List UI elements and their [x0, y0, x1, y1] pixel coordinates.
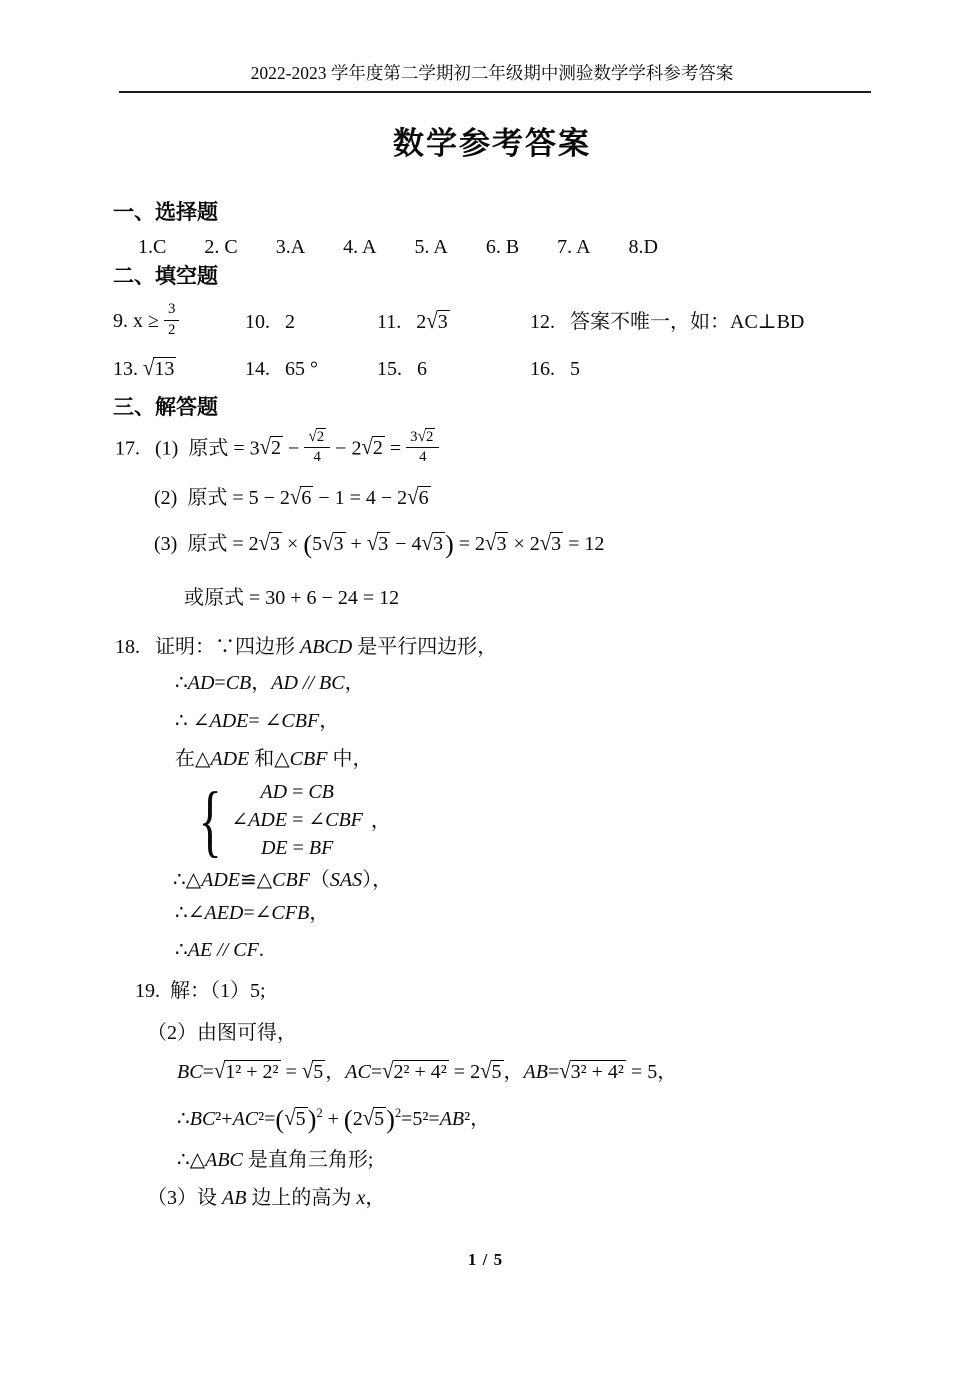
italic-variable: AB: [222, 1187, 246, 1209]
italic-variable: SAS: [330, 869, 362, 891]
superscript: 2: [316, 1106, 322, 1120]
sqrt-radical: √6: [407, 483, 430, 513]
italic-variable: AC: [345, 1061, 371, 1083]
italic-variable: CB: [308, 781, 334, 803]
fraction: √24: [304, 428, 330, 468]
choice-answer: 1.C: [138, 234, 166, 260]
page-title: 数学参考答案: [113, 125, 871, 163]
solution-line: ∴△ADE≌△CBF（SAS），: [113, 865, 871, 895]
big-paren: ): [386, 1104, 395, 1134]
solution-line: ∴△ABC 是直角三角形;: [113, 1145, 871, 1175]
italic-variable: CBF: [290, 748, 328, 770]
radicand: 2: [316, 428, 326, 446]
solution-line: 19. 解：（1）5;: [113, 976, 871, 1006]
sqrt-radical: √5: [363, 1104, 386, 1134]
sqrt-radical: √3: [426, 307, 449, 337]
sqrt-radical: √3: [259, 529, 282, 559]
choice-answers-row: 1.C2. C3.A4. A5. A6. B7. A8.D: [113, 234, 871, 260]
solution-line: {AD = CB∠ADE = ∠CBFDE = BF，: [113, 780, 871, 861]
radical-sign-icon: √: [284, 1102, 295, 1134]
solution-line: ∴AE // CF.: [113, 935, 871, 965]
italic-variable: ADE: [210, 748, 249, 770]
radicand: 3: [495, 532, 508, 556]
sqrt-radical: √2: [361, 433, 384, 463]
radical-sign-icon: √: [422, 527, 433, 559]
radicand: 2: [372, 436, 385, 460]
sqrt-radical: √5: [480, 1057, 503, 1087]
italic-variable: AED: [204, 902, 243, 924]
fill-answers: 9. x ≥ 3210. 211. 2√312. 答案不唯一，如：AC⊥BD13…: [113, 303, 871, 384]
answer-sheet-page: { "header": "2022-2023 学年度第二学期初二年级期中测验数学…: [0, 0, 971, 1373]
radicand: 3: [377, 532, 390, 556]
radical-sign-icon: √: [426, 305, 437, 337]
radical-sign-icon: √: [361, 431, 372, 463]
big-paren: ): [445, 529, 454, 559]
sqrt-radical: √2: [418, 428, 436, 447]
choice-answer: 5. A: [414, 234, 447, 260]
sqrt-radical: √13: [143, 354, 176, 384]
radicand: 5: [295, 1107, 308, 1131]
radicand: 5: [491, 1060, 504, 1084]
fill-answer-row: 9. x ≥ 3210. 211. 2√312. 答案不唯一，如：AC⊥BD: [113, 303, 871, 342]
denominator: 4: [419, 448, 426, 467]
italic-variable: //: [217, 939, 228, 961]
fill-answer-cell: 16. 5: [530, 354, 871, 384]
radical-sign-icon: √: [308, 426, 316, 446]
radical-sign-icon: √: [367, 527, 378, 559]
sqrt-radical: √3: [422, 529, 445, 559]
radical-sign-icon: √: [302, 1055, 313, 1087]
italic-variable: AD: [271, 672, 298, 694]
radicand: 3: [269, 532, 282, 556]
sqrt-radical: √3: [367, 529, 390, 559]
section-heading-solve: 三、解答题: [113, 395, 871, 421]
left-brace-icon: {: [199, 787, 222, 855]
system-row: AD = CB: [260, 780, 334, 805]
sqrt-radical: √5: [302, 1057, 325, 1087]
sqrt-radical: √3: [540, 529, 563, 559]
solution-line: ∴BC²+AC²=(√5)2 + (2√5)2=5²=AB²，: [113, 1104, 871, 1134]
sqrt-radical: √2² + 4²: [382, 1057, 449, 1087]
superscript: 2: [395, 1106, 401, 1120]
italic-variable: BF: [309, 837, 333, 859]
italic-variable: AB: [440, 1108, 464, 1130]
fill-answer-cell: 15. 6: [377, 354, 530, 384]
solution-line: (2) 原式 = 5 − 2√6 − 1 = 4 − 2√6: [113, 483, 871, 513]
solution-body: 17. (1) 原式 = 3√2 − √24 − 2√2 = 3√24(2) 原…: [113, 430, 871, 1214]
page-content: 2022-2023 学年度第二学期初二年级期中测验数学学科参考答案 数学参考答案…: [0, 0, 971, 1213]
radicand: 3: [437, 310, 450, 334]
fill-answer-row: 13. √1314. 65 °15. 616. 5: [113, 354, 871, 384]
italic-variable: ADE: [248, 809, 287, 831]
italic-variable: BC: [190, 1108, 216, 1130]
sqrt-radical: √3: [485, 529, 508, 559]
italic-variable: AD: [188, 672, 215, 694]
choice-answer: 6. B: [486, 234, 519, 260]
italic-variable: DE: [261, 837, 288, 859]
radicand: 2: [270, 436, 283, 460]
radicand: 5: [312, 1060, 325, 1084]
system-comma: ，: [371, 806, 391, 836]
solution-line: （2）由图可得，: [113, 1018, 871, 1048]
solution-line: 在△ADE 和△CBF 中，: [113, 744, 871, 774]
denominator: 4: [314, 448, 321, 467]
section-heading-choice: 一、选择题: [113, 200, 871, 226]
solution-line: ∴AD=CB，AD // BC，: [113, 668, 871, 698]
radical-sign-icon: √: [480, 1055, 491, 1087]
radical-sign-icon: √: [407, 481, 418, 513]
solution-line: ∴∠AED=∠CFB，: [113, 898, 871, 928]
equation-system: {AD = CB∠ADE = ∠CBFDE = BF，: [191, 780, 391, 861]
radical-sign-icon: √: [143, 352, 154, 384]
radicand: 13: [153, 357, 176, 381]
big-paren: (: [344, 1104, 353, 1134]
italic-variable: AC: [233, 1108, 259, 1130]
fill-answer-cell: 11. 2√3: [377, 307, 530, 337]
italic-variable: ABCD: [300, 636, 352, 658]
italic-variable: CBF: [325, 809, 363, 831]
page-number: 1 / 5: [0, 1250, 971, 1270]
radical-sign-icon: √: [382, 1055, 393, 1087]
radicand: 5: [373, 1107, 386, 1131]
page-header-text: 2022-2023 学年度第二学期初二年级期中测验数学学科参考答案: [113, 0, 871, 84]
sqrt-radical: √5: [284, 1104, 307, 1134]
solution-line: 或原式 = 30 + 6 − 24 = 12: [113, 583, 871, 613]
italic-variable: AE: [188, 939, 212, 961]
choice-answer: 3.A: [276, 234, 305, 260]
big-paren: (: [303, 529, 312, 559]
fill-answer-cell: 14. 65 °: [245, 354, 377, 384]
sqrt-radical: √2: [260, 433, 283, 463]
choice-answer: 4. A: [343, 234, 376, 260]
fill-answer-cell: 12. 答案不唯一，如：AC⊥BD: [530, 307, 871, 337]
italic-variable: BC: [319, 672, 345, 694]
radicand: 6: [300, 486, 313, 510]
radical-sign-icon: √: [322, 527, 333, 559]
radical-sign-icon: √: [559, 1055, 570, 1087]
solution-line: (3) 原式 = 2√3 × (5√3 + √3 − 4√3) = 2√3 × …: [113, 529, 871, 559]
solution-line: ∴ ∠ADE= ∠CBF，: [113, 706, 871, 736]
sqrt-radical: √2: [308, 428, 326, 447]
italic-variable: CF: [233, 939, 259, 961]
fraction: 3√24: [406, 428, 439, 468]
italic-variable: //: [303, 672, 314, 694]
radicand: 1² + 2²: [224, 1060, 280, 1084]
italic-variable: ABC: [205, 1149, 243, 1171]
radicand: 2² + 4²: [393, 1060, 449, 1084]
system-rows: AD = CB∠ADE = ∠CBFDE = BF: [231, 780, 362, 861]
sqrt-radical: √3² + 4²: [559, 1057, 626, 1087]
radical-sign-icon: √: [485, 527, 496, 559]
radicand: 3² + 4²: [570, 1060, 626, 1084]
fill-answer-cell: 10. 2: [245, 307, 377, 337]
italic-variable: AD: [260, 781, 287, 803]
radicand: 2: [425, 428, 435, 446]
italic-variable: x: [356, 1187, 365, 1209]
radicand: 3: [550, 532, 563, 556]
numerator: 3: [164, 301, 179, 321]
italic-variable: CFB: [271, 902, 309, 924]
big-paren: (: [275, 1104, 284, 1134]
italic-variable: ADE: [201, 869, 240, 891]
radicand: 6: [418, 486, 431, 510]
radical-sign-icon: √: [260, 431, 271, 463]
radical-sign-icon: √: [418, 426, 426, 446]
solution-line: 18. 证明：∵四边形 ABCD 是平行四边形，: [113, 632, 871, 662]
choice-answer: 2. C: [204, 234, 237, 260]
sqrt-radical: √3: [322, 529, 345, 559]
sqrt-radical: √6: [290, 483, 313, 513]
radicand: 3: [333, 532, 346, 556]
system-row: DE = BF: [261, 836, 333, 861]
solution-line: BC=√1² + 2² = √5，AC=√2² + 4² = 2√5，AB=√3…: [113, 1057, 871, 1087]
italic-variable: BC: [177, 1061, 203, 1083]
numerator: √2: [304, 428, 330, 449]
section-heading-fill: 二、填空题: [113, 264, 871, 290]
choice-answer: 8.D: [629, 234, 658, 260]
numerator: 3√2: [406, 428, 439, 449]
system-row: ∠ADE = ∠CBF: [231, 808, 362, 833]
radical-sign-icon: √: [540, 527, 551, 559]
radical-sign-icon: √: [363, 1102, 374, 1134]
radical-sign-icon: √: [259, 527, 270, 559]
italic-variable: CBF: [272, 869, 310, 891]
denominator: 2: [168, 321, 175, 340]
italic-variable: CB: [226, 672, 252, 694]
radicand: 3: [432, 532, 445, 556]
italic-variable: AB: [524, 1061, 548, 1083]
fill-answer-cell: 13. √13: [113, 354, 245, 384]
choice-answer: 7. A: [557, 234, 590, 260]
italic-variable: ADE: [209, 710, 248, 732]
fill-answer-cell: 9. x ≥ 32: [113, 303, 245, 342]
fraction: 32: [164, 301, 179, 340]
header-divider: [119, 91, 871, 93]
radical-sign-icon: √: [290, 481, 301, 513]
radical-sign-icon: √: [214, 1055, 225, 1087]
sqrt-radical: √1² + 2²: [214, 1057, 281, 1087]
solution-line: （3）设 AB 边上的高为 x，: [113, 1183, 871, 1213]
solution-line: 17. (1) 原式 = 3√2 − √24 − 2√2 = 3√24: [113, 430, 871, 470]
italic-variable: CBF: [281, 710, 319, 732]
